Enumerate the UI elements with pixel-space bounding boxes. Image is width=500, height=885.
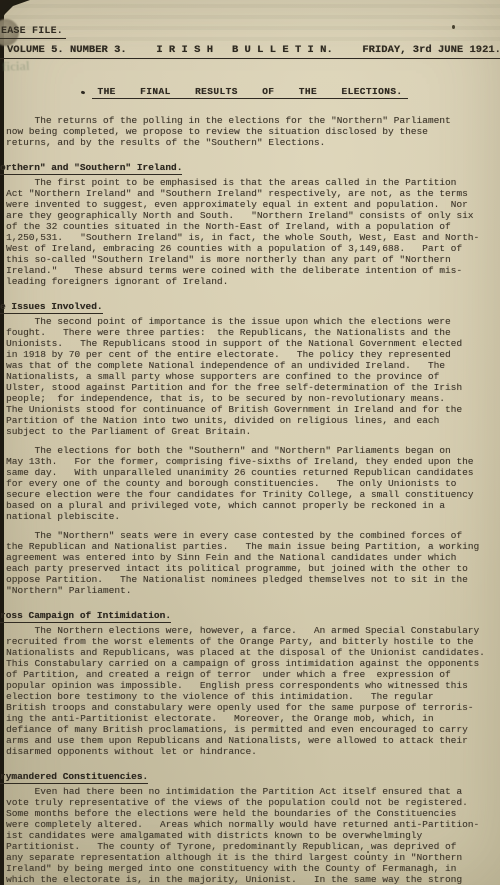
section-heading: ross Campaign of Intimidation. xyxy=(0,610,171,623)
section-heading: orthern" and "Southern" Ireland. xyxy=(0,162,182,175)
section-heading: e Issues Involved. xyxy=(0,301,103,314)
article-body: The returns of the polling in the electi… xyxy=(6,115,496,885)
paragraph: Even had there been no intimidation the … xyxy=(6,786,496,885)
file-stamp: EASE FILE. xyxy=(0,26,66,39)
scan-left-edge xyxy=(0,0,4,885)
section-heading-row: ross Campaign of Intimidation. xyxy=(0,605,496,623)
ink-bleed-through xyxy=(0,4,500,44)
volume-number: VOLUME 5. NUMBER 3. xyxy=(7,44,127,56)
issue-date: FRIDAY, 3rd JUNE 1921. xyxy=(362,44,500,56)
headline: THE FINAL RESULTS OF THE ELECTIONS. xyxy=(0,81,500,99)
masthead: VOLUME 5. NUMBER 3. I R I S H B U L L E … xyxy=(0,44,500,59)
scanned-document-page: ficial EASE FILE. VOLUME 5. NUMBER 3. I … xyxy=(0,0,500,885)
section-heading-row: e Issues Involved. xyxy=(0,296,496,314)
section-heading: rymandered Constituencies. xyxy=(0,771,148,784)
publication-title: I R I S H B U L L E T I N. xyxy=(156,44,332,56)
paragraph: The Northern elections were, however, a … xyxy=(6,625,496,757)
section-heading-row: rymandered Constituencies. xyxy=(0,766,496,784)
paragraph: The first point to be emphasised is that… xyxy=(6,177,496,287)
paragraph: The "Northern" seats were in every case … xyxy=(6,530,496,596)
section-heading-row: orthern" and "Southern" Ireland. xyxy=(0,157,496,175)
paragraph: The elections for both the "Southern" an… xyxy=(6,445,496,522)
paragraph: The second point of importance is the is… xyxy=(6,316,496,437)
paragraph: The returns of the polling in the electi… xyxy=(6,115,496,148)
ink-speck xyxy=(452,25,455,29)
headline-text: THE FINAL RESULTS OF THE ELECTIONS. xyxy=(92,86,407,99)
